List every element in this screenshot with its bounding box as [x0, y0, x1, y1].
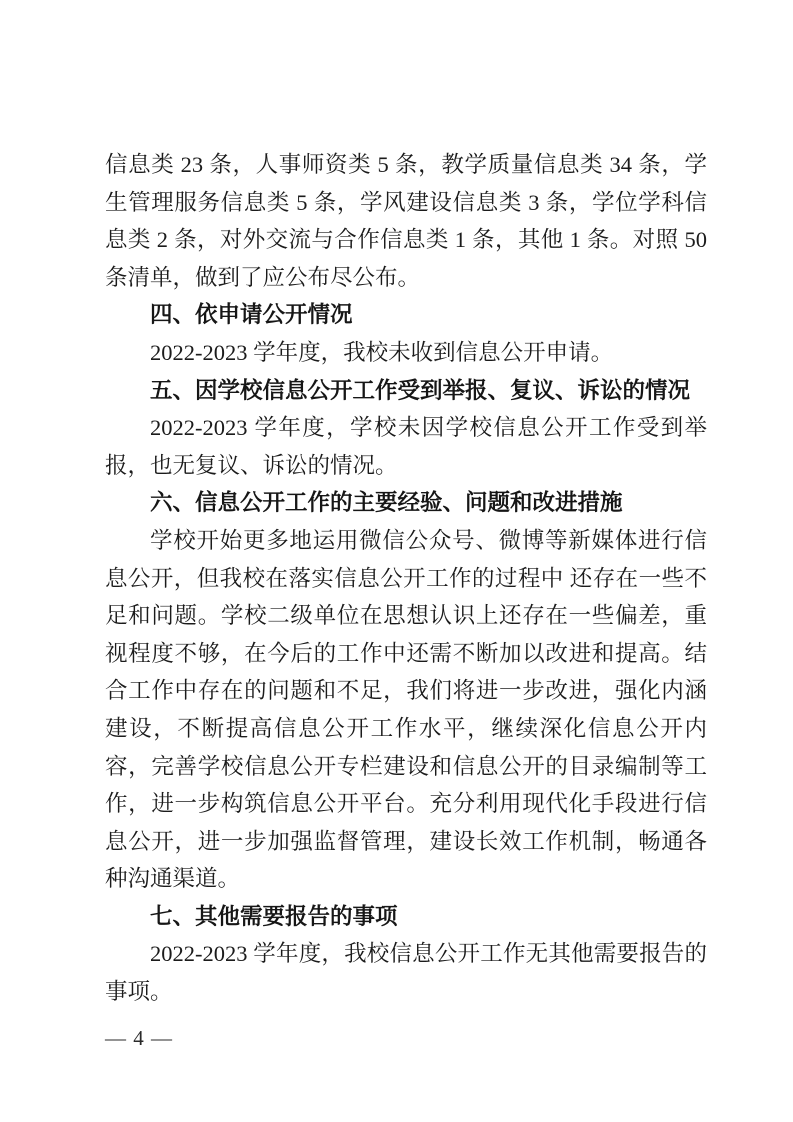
document-page: 信息类 23 条，人事师资类 5 条，教学质量信息类 34 条，学生管理服务信息…: [0, 0, 793, 1122]
continuation-paragraph: 信息类 23 条，人事师资类 5 条，教学质量信息类 34 条，学生管理服务信息…: [105, 146, 707, 296]
section-heading-four: 四、依申请公开情况: [105, 296, 707, 334]
section-four-paragraph: 2022-2023 学年度，我校未收到信息公开申请。: [105, 334, 707, 372]
page-number: — 4 —: [105, 1024, 173, 1052]
section-five-paragraph: 2022-2023 学年度，学校未因学校信息公开工作受到举报，也无复议、诉讼的情…: [105, 409, 707, 484]
section-heading-six: 六、信息公开工作的主要经验、问题和改进措施: [105, 484, 707, 522]
document-content: 信息类 23 条，人事师资类 5 条，教学质量信息类 34 条，学生管理服务信息…: [105, 146, 707, 1011]
section-heading-seven: 七、其他需要报告的事项: [105, 898, 707, 936]
section-six-paragraph: 学校开始更多地运用微信公众号、微博等新媒体进行信息公开，但我校在落实信息公开工作…: [105, 522, 707, 898]
section-heading-five: 五、因学校信息公开工作受到举报、复议、诉讼的情况: [105, 372, 707, 410]
section-seven-paragraph: 2022-2023 学年度，我校信息公开工作无其他需要报告的事项。: [105, 935, 707, 1010]
